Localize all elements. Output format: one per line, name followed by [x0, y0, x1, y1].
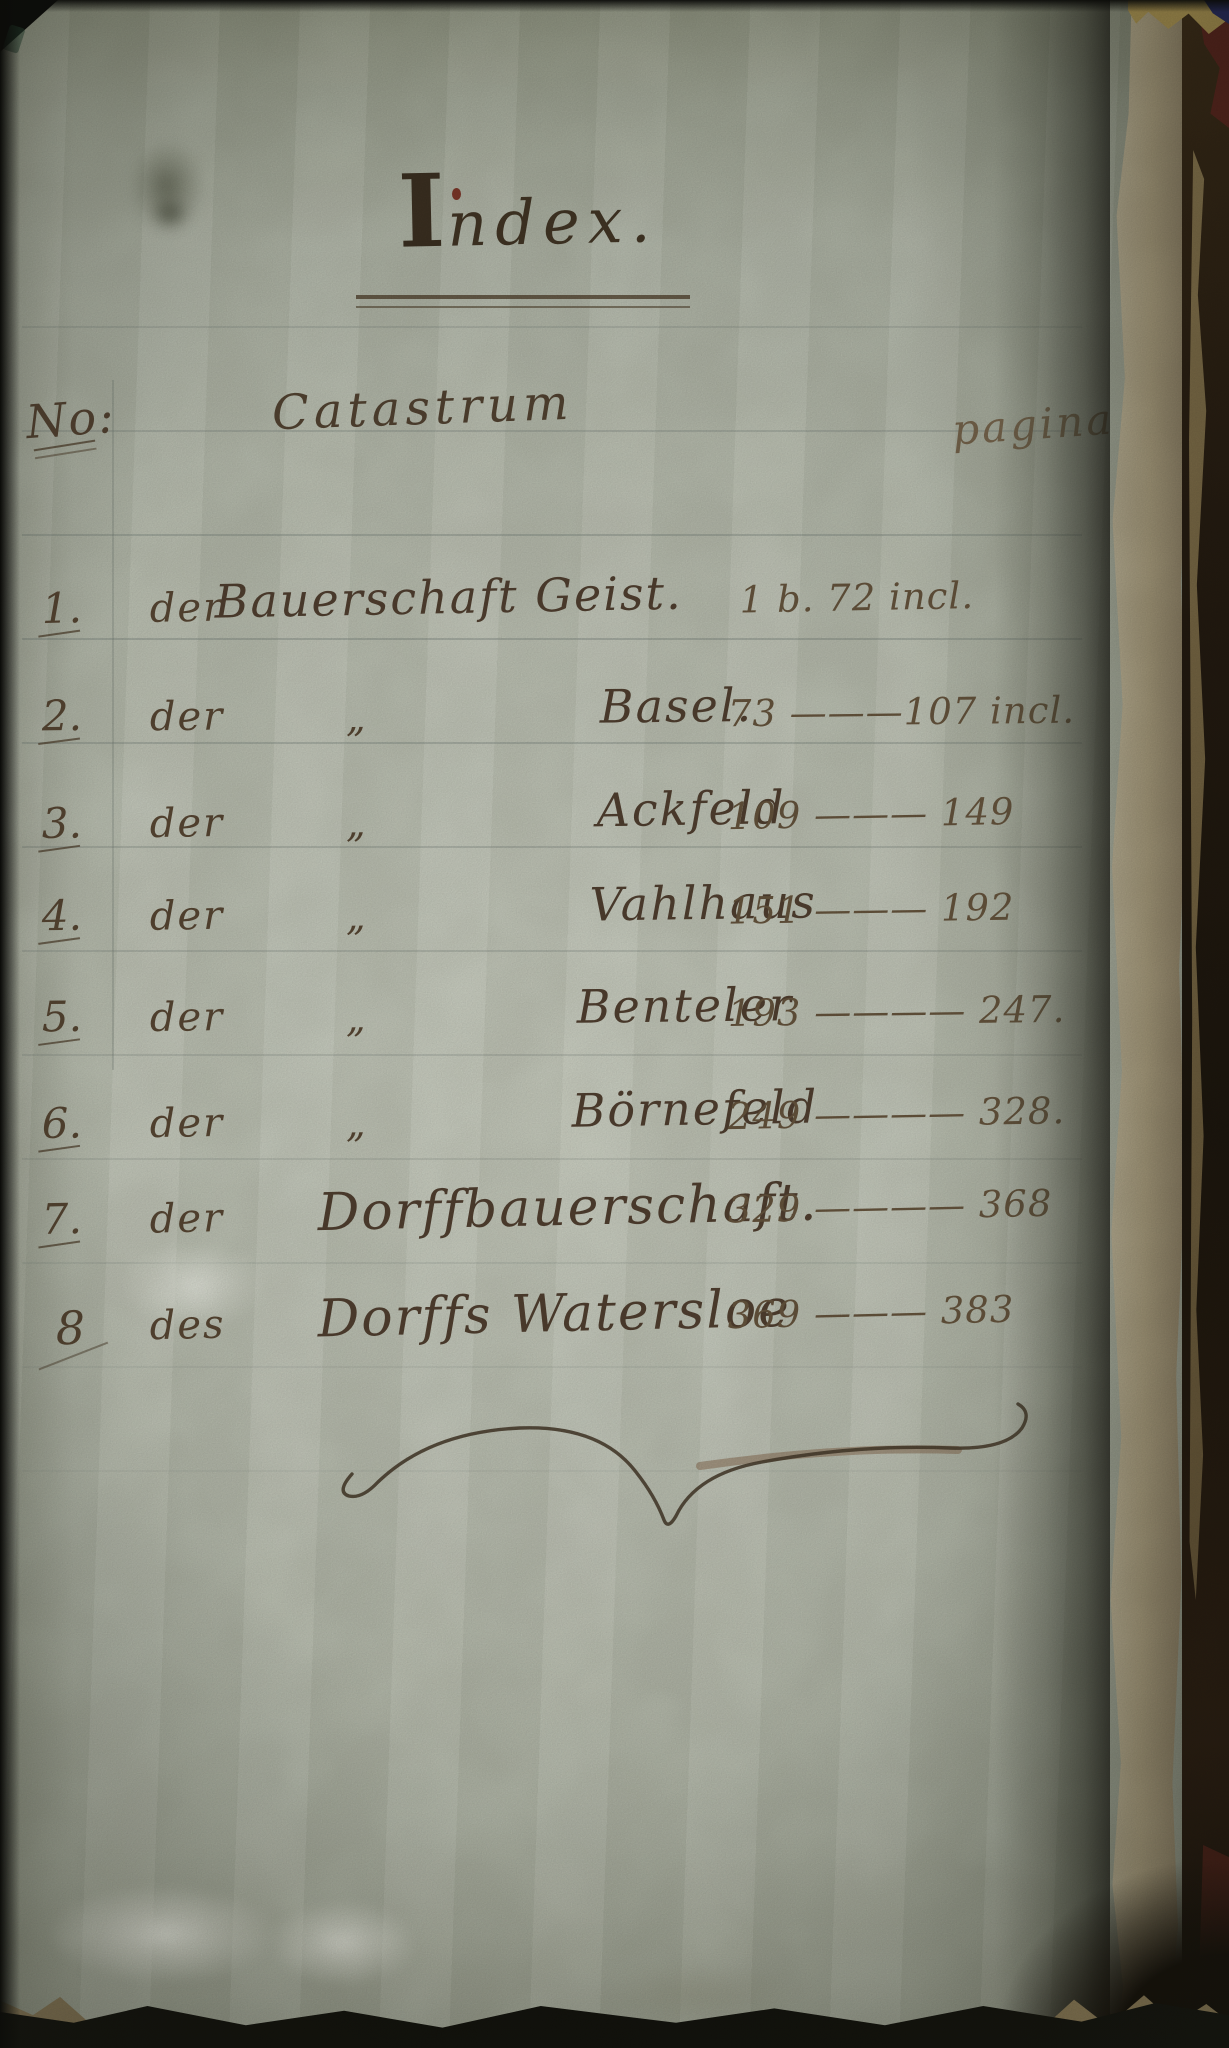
paper-crease-patch [48, 1884, 278, 1984]
page-title: Index. [397, 147, 659, 270]
row-place-name: Bauerschaft Geist. [214, 566, 683, 629]
row-number: 4. [41, 891, 82, 941]
row-article: der [149, 1100, 224, 1147]
row-number: 8 [55, 1301, 85, 1356]
row-article: der [149, 1195, 224, 1243]
row-ditto-mark: „ [345, 801, 365, 845]
row-article: des [149, 1302, 226, 1350]
left-photo-edge [0, 0, 20, 2048]
row-ditto-mark: „ [346, 895, 366, 939]
row-number: 3. [41, 798, 82, 848]
title-underline [356, 295, 690, 308]
row-article: der [149, 584, 224, 631]
index-row: 4. der „ Vahlhaus 151 ——— 192 [0, 870, 1121, 986]
row-ditto-mark: „ [346, 696, 366, 740]
row-page-range: 1 b. 72 incl. [739, 574, 974, 621]
top-photo-edge [0, 0, 1229, 12]
page-fold-shadow [994, 0, 1110, 2048]
paper-crease-patch [268, 1900, 418, 1986]
row-page-range: 109 ——— 149 [727, 790, 1014, 838]
row-place-name: Dorffs Watersloe [317, 1279, 792, 1350]
red-ink-dot [452, 188, 461, 200]
manuscript-photo: Index. No: Catastrum pagina 1. der Bauer… [0, 0, 1229, 2048]
index-row: 5. der „ Benteler 193 ———— 247. [0, 973, 1121, 1087]
row-article: der [150, 994, 225, 1041]
column-header-catastrum: Catastrum [271, 375, 574, 441]
row-number: 1. [41, 583, 82, 633]
book-spine-edge [1182, 0, 1229, 2048]
ink-stain [150, 196, 190, 230]
row-page-range: 369 ——— 383 [727, 1288, 1015, 1337]
column-header-no: No: [24, 389, 117, 449]
row-number: 7. [41, 1194, 82, 1244]
row-article: der [149, 800, 224, 847]
row-ditto-mark: „ [345, 1101, 365, 1145]
row-page-range: 151 ——— 192 [727, 886, 1014, 933]
row-number: 6. [41, 1098, 82, 1148]
index-row: 2. der „ Basel. 73 ———107 incl. [0, 674, 1120, 786]
row-number: 5. [42, 992, 83, 1041]
row-number: 2. [42, 691, 83, 740]
row-article: der [150, 694, 225, 741]
row-article: der [149, 893, 224, 940]
row-ditto-mark: „ [346, 996, 366, 1040]
